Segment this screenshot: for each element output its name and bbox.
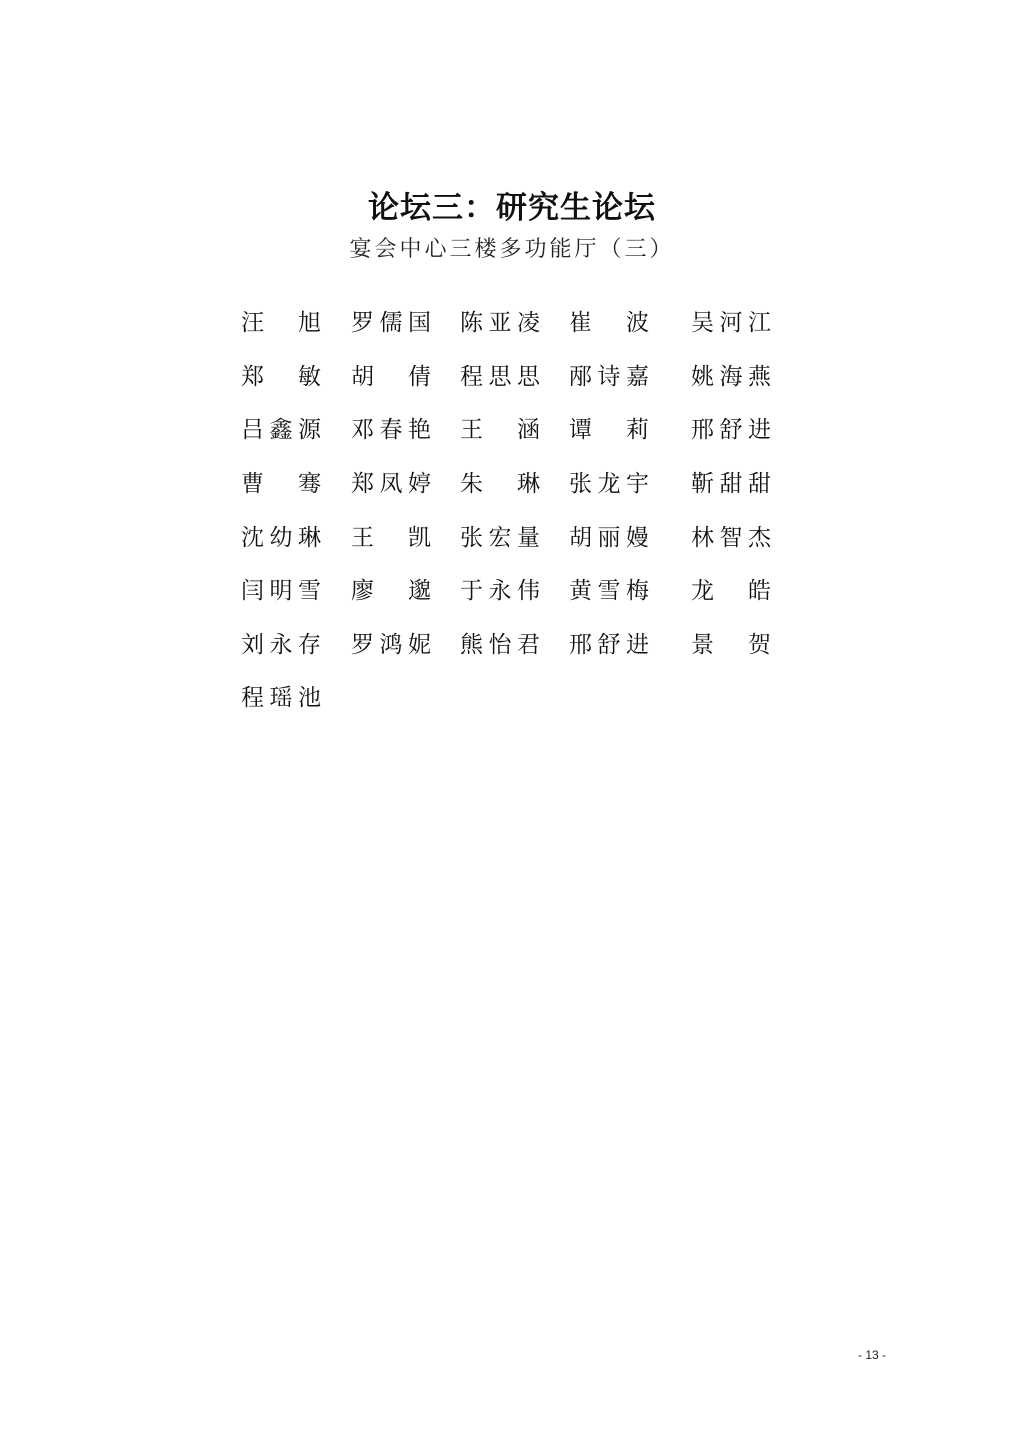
participant-list: 汪旭罗儒国陈亚凌崔波吴河江郑敏胡倩程思思邴诗嘉姚海燕吕鑫源邓春艳王涵谭莉邢舒进曹… [241,294,781,723]
participant-name: 王凯 [351,519,431,552]
participant-name: 罗儒国 [351,304,431,337]
name-row: 程瑶池 [241,669,781,723]
name-row: 曹骞郑凤婷朱琳张龙宇靳甜甜 [241,455,781,509]
participant-name: 姚海燕 [691,358,771,391]
participant-name: 邴诗嘉 [569,358,649,391]
participant-name: 程思思 [460,358,540,391]
participant-name: 朱琳 [460,465,540,498]
participant-name: 闫明雪 [241,572,321,605]
participant-name: 崔波 [569,304,649,337]
name-row: 沈幼琳王凯张宏量胡丽嫚林智杰 [241,508,781,562]
participant-name: 沈幼琳 [241,519,321,552]
name-row: 闫明雪廖邈于永伟黄雪梅龙皓 [241,562,781,616]
participant-name: 邢舒进 [691,411,771,444]
participant-name: 郑敏 [241,358,321,391]
participant-name: 胡倩 [351,358,431,391]
participant-name: 张宏量 [460,519,540,552]
participant-name: 张龙宇 [569,465,649,498]
participant-name: 刘永存 [241,626,321,659]
participant-name: 曹骞 [241,465,321,498]
participant-name: 吕鑫源 [241,411,321,444]
participant-name: 黄雪梅 [569,572,649,605]
name-row: 刘永存罗鸿妮熊怡君邢舒进景贺 [241,616,781,670]
participant-name: 谭莉 [569,411,649,444]
participant-name: 靳甜甜 [691,465,771,498]
participant-name: 胡丽嫚 [569,519,649,552]
participant-name: 罗鸿妮 [351,626,431,659]
forum-location: 宴会中心三楼多功能厅（三） [0,232,1024,263]
participant-name: 程瑶池 [241,679,321,712]
name-row: 汪旭罗儒国陈亚凌崔波吴河江 [241,294,781,348]
participant-name: 郑凤婷 [351,465,431,498]
participant-name: 龙皓 [691,572,771,605]
participant-name: 于永伟 [460,572,540,605]
participant-name: 汪旭 [241,304,321,337]
participant-name: 王涵 [460,411,540,444]
name-row: 吕鑫源邓春艳王涵谭莉邢舒进 [241,401,781,455]
participant-name: 林智杰 [691,519,771,552]
participant-name: 廖邈 [351,572,431,605]
name-row: 郑敏胡倩程思思邴诗嘉姚海燕 [241,348,781,402]
participant-name: 陈亚凌 [460,304,540,337]
participant-name: 吴河江 [691,304,771,337]
forum-title: 论坛三：研究生论坛 [0,182,1024,227]
participant-name: 邢舒进 [569,626,649,659]
participant-name: 熊怡君 [460,626,540,659]
page-number: - 13 - [858,1348,886,1362]
participant-name: 邓春艳 [351,411,431,444]
participant-name: 景贺 [691,626,771,659]
